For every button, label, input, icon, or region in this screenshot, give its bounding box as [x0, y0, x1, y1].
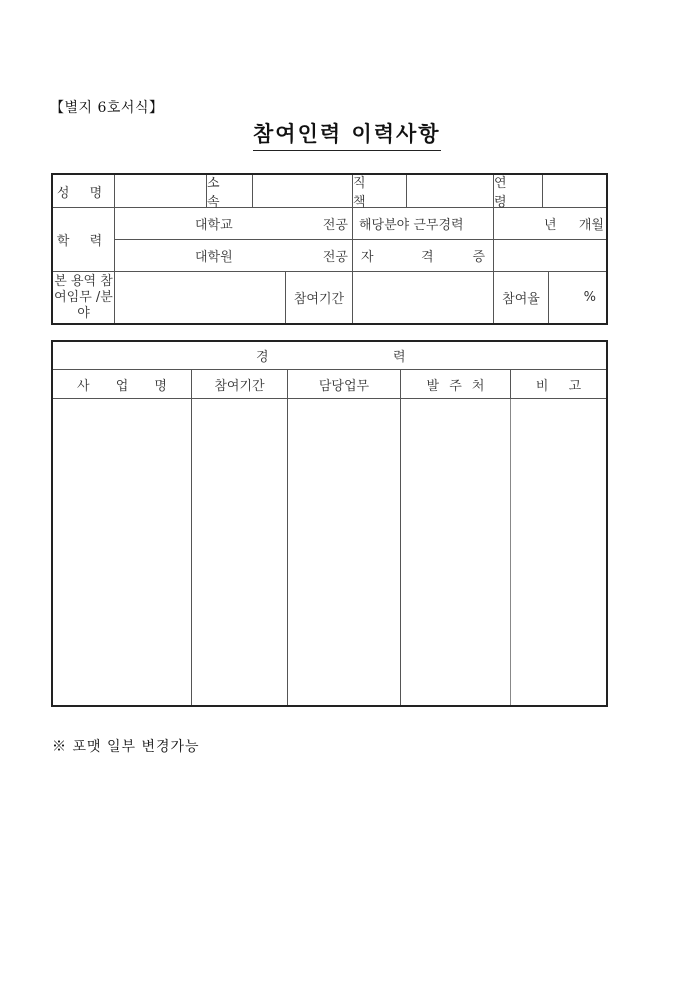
- career-cell-client[interactable]: [401, 399, 511, 705]
- career-duration-field[interactable]: 년 개월: [494, 208, 606, 240]
- age-field[interactable]: [543, 175, 606, 208]
- age-label: 연 령: [494, 175, 543, 208]
- rate-label: 참여율: [494, 272, 549, 323]
- education-label: 학 력: [53, 208, 115, 272]
- career-cell-project[interactable]: [53, 399, 192, 705]
- page-title: 참여인력 이력사항: [253, 118, 441, 151]
- col-header-duty: 담당업무: [288, 370, 401, 399]
- license-field[interactable]: [494, 240, 606, 272]
- form-number-label: 【별지 6호서식】: [50, 97, 163, 117]
- col-header-remarks: 비 고: [511, 370, 606, 399]
- name-field[interactable]: [115, 175, 207, 208]
- role-field[interactable]: [115, 272, 286, 323]
- name-label: 성 명: [53, 175, 115, 208]
- affiliation-label: 소 속: [207, 175, 253, 208]
- period-field[interactable]: [353, 272, 494, 323]
- rate-unit: %: [584, 290, 596, 305]
- graduate-label: 대학원: [195, 246, 233, 265]
- career-months-unit: 개월: [579, 214, 604, 233]
- university-major-label: 전공: [323, 214, 348, 233]
- position-label: 직 책: [353, 175, 407, 208]
- license-label: 자 격 증: [353, 240, 494, 272]
- university-field[interactable]: 대학교 전공: [115, 208, 353, 240]
- rate-field[interactable]: %: [549, 272, 606, 323]
- affiliation-field[interactable]: [253, 175, 353, 208]
- career-years-unit: 년: [544, 214, 557, 233]
- career-table: 경 력 사 업 명 참여기간 담당업무 발 주 처 비 고: [51, 340, 608, 707]
- career-label: 해당분야 근무경력: [353, 208, 494, 240]
- career-cell-period[interactable]: [192, 399, 288, 705]
- col-header-client: 발 주 처: [401, 370, 511, 399]
- graduate-field[interactable]: 대학원 전공: [115, 240, 353, 272]
- format-change-note: ※ 포맷 일부 변경가능: [52, 736, 200, 756]
- col-header-period: 참여기간: [192, 370, 288, 399]
- career-cell-remarks[interactable]: [511, 399, 606, 705]
- university-label: 대학교: [195, 214, 233, 233]
- col-header-project: 사 업 명: [53, 370, 192, 399]
- period-label: 참여기간: [286, 272, 353, 323]
- role-label: 본 용역 참여임무 /분야: [53, 272, 115, 323]
- career-table-title: 경 력: [53, 342, 606, 370]
- position-field[interactable]: [407, 175, 494, 208]
- personal-info-table: 성 명 소 속 직 책 연 령 학 력 대학교 전공 해당분야 근무경력 년 개…: [51, 173, 608, 325]
- graduate-major-label: 전공: [323, 246, 348, 265]
- career-cell-duty[interactable]: [288, 399, 401, 705]
